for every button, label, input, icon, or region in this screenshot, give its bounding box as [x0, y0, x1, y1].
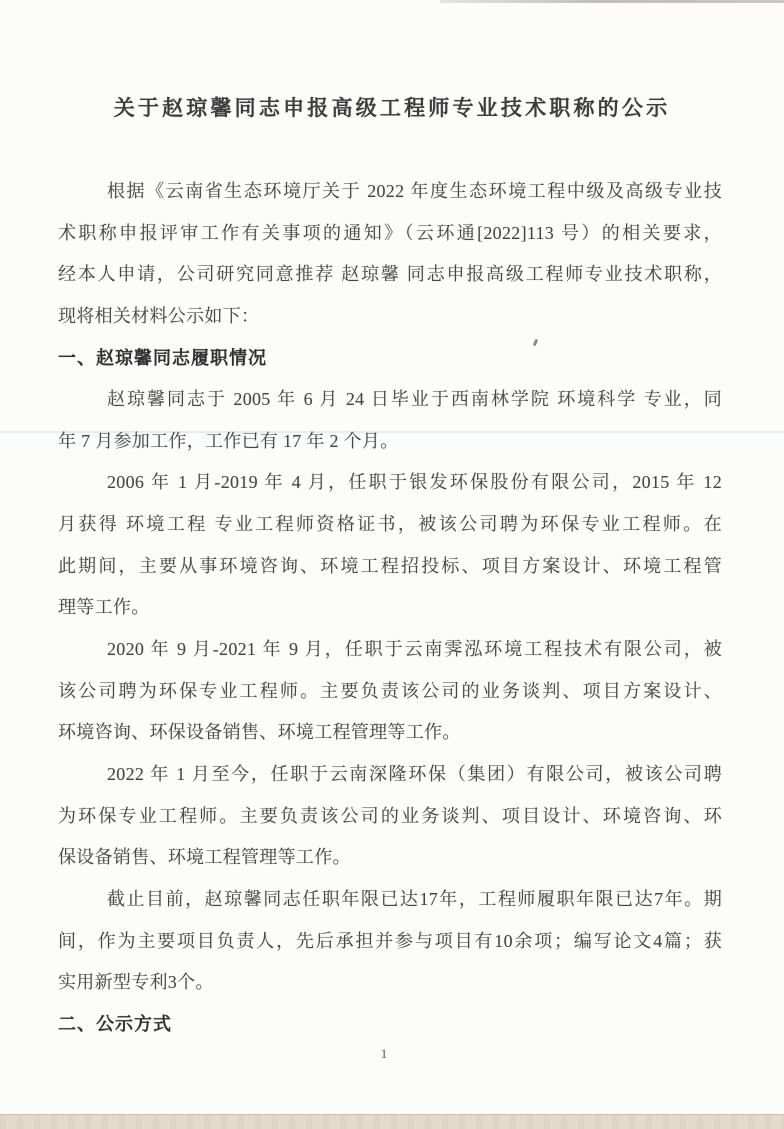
- document-line: 术职称申报评审工作有关事项的通知》（云环通[2022]113 号）的相关要求，: [58, 213, 722, 255]
- document-line: 为环保专业工程师。主要负责该公司的业务谈判、项目设计、环境咨询、环: [58, 796, 722, 838]
- scanned-document-page: 关于赵琼馨同志申报高级工程师专业技术职称的公示 根据《云南省生态环境厅关于 20…: [0, 0, 784, 1129]
- document-line: 保设备销售、环境工程管理等工作。: [58, 837, 722, 879]
- document-line: 截止目前，赵琼馨同志任职年限已达17年，工程师履职年限已达7年。期: [58, 879, 722, 921]
- page-number: 1: [0, 1046, 768, 1062]
- document-line: 理等工作。: [58, 587, 722, 629]
- document-line: 实用新型专利3个。: [58, 962, 722, 1004]
- document-line: 2020 年 9 月-2021 年 9 月，任职于云南霁泓环境工程技术有限公司，…: [58, 629, 722, 671]
- document-line: 经本人申请，公司研究同意推荐 赵琼馨 同志申报高级工程师专业技术职称，: [58, 254, 722, 296]
- section-heading: 二、公示方式: [58, 1004, 722, 1046]
- document-line: 现将相关材料公示如下：: [58, 296, 722, 338]
- document-line: 月获得 环境工程 专业工程师资格证书，被该公司聘为环保专业工程师。在: [58, 504, 722, 546]
- document-line: 赵琼馨同志于 2005 年 6 月 24 日毕业于西南林学院 环境科学 专业，同: [58, 379, 722, 421]
- scan-edge-bottom-artifact: [0, 1114, 784, 1129]
- document-line: 间，作为主要项目负责人，先后承担并参与项目有10余项；编写论文4篇；获: [58, 921, 722, 963]
- document-line: 此期间，主要从事环境咨询、环境工程招投标、项目方案设计、环境工程管: [58, 546, 722, 588]
- scan-line-artifact: [0, 431, 784, 433]
- section-heading: 一、赵琼馨同志履职情况: [58, 338, 722, 380]
- document-line: 2006 年 1 月-2019 年 4 月，任职于银发环保股份有限公司，2015…: [58, 462, 722, 504]
- document-line: 该公司聘为环保专业工程师。主要负责该公司的业务谈判、项目方案设计、: [58, 671, 722, 713]
- document-line: 年 7 月参加工作，工作已有 17 年 2 个月。: [58, 421, 722, 463]
- document-line: 根据《云南省生态环境厅关于 2022 年度生态环境工程中级及高级专业技: [58, 171, 722, 213]
- document-line: 2022 年 1 月至今，任职于云南深隆环保（集团）有限公司，被该公司聘: [58, 754, 722, 796]
- document-title: 关于赵琼馨同志申报高级工程师专业技术职称的公示: [0, 92, 784, 122]
- document-line: 环境咨询、环保设备销售、环境工程管理等工作。: [58, 712, 722, 754]
- document-body: 根据《云南省生态环境厅关于 2022 年度生态环境工程中级及高级专业技术职称申报…: [58, 171, 722, 1045]
- scan-edge-top-artifact: [440, 0, 784, 3]
